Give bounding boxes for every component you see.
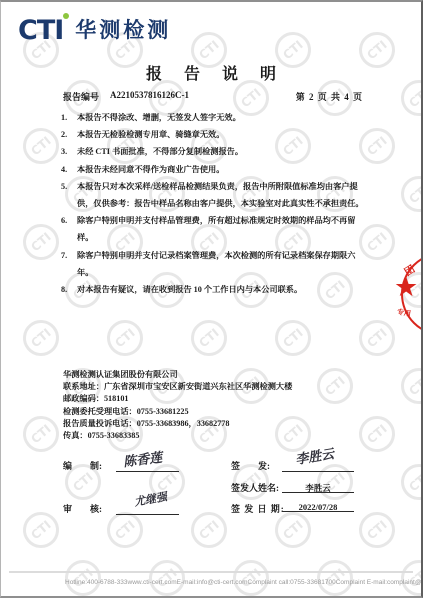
cti-watermark-text: CTI [364, 422, 389, 447]
company-contact-line: 邮政编码：518101 [63, 393, 292, 405]
cti-watermark-icon: CTI [16, 505, 67, 556]
issuer-name-label: 签发人姓名: [231, 481, 279, 494]
cti-watermark-text: CTI [28, 422, 53, 447]
note-text: 本报告不得涂改、增删，无签发人签字无效。 [77, 109, 366, 126]
note-item: 8.对本报告有疑议，请在收到报告 10 个工作日内与本公司联系。 [61, 281, 366, 298]
cti-watermark-icon: CTI [16, 313, 67, 364]
cti-watermark-text: CTI [406, 566, 423, 591]
note-text: 本报告只对本次采样/送检样品检测结果负责，报告中所附限值标准均由客户提供，仅供参… [77, 178, 366, 212]
note-text: 除客户特别申明并支付样品管理费，所有超过标准规定时效期的样品均不再留样。 [77, 212, 366, 246]
red-stamp-bottom-text: 专用 [396, 307, 411, 319]
cti-watermark-icon: CTI [394, 169, 423, 220]
note-number: 5. [61, 178, 77, 212]
company-contact-lines: 联系地址：广东省深圳市宝安区新安街道兴东社区华测检测大楼邮政编码：518101检… [63, 381, 292, 442]
cti-watermark-icon: CTI [184, 505, 235, 556]
cti-watermark-text: CTI [196, 518, 221, 543]
cti-logo-text: CTI [18, 15, 63, 46]
cti-watermark-text: CTI [28, 518, 53, 543]
company-contact-line: 报告质量投诉电话：0755-33683986，33682778 [63, 418, 292, 430]
cti-watermark-text: CTI [154, 566, 179, 591]
note-number: 8. [61, 281, 77, 298]
cti-logo-chinese: 华测检测 [75, 18, 171, 42]
cti-watermark-text: CTI [28, 326, 53, 351]
company-contact-line: 联系地址：广东省深圳市宝安区新安街道兴东社区华测检测大楼 [63, 381, 292, 393]
cti-watermark-text: CTI [406, 86, 423, 111]
cti-watermark-icon: CTI [352, 313, 403, 364]
note-number: 3. [61, 143, 77, 160]
cti-watermark-text: CTI [364, 134, 389, 159]
cti-watermark-icon: CTI [184, 313, 235, 364]
cti-watermark-text: CTI [70, 470, 95, 495]
cti-watermark-icon: CTI [142, 553, 193, 598]
report-page: CTICTICTICTICTICTICTICTICTICTICTICTICTIC… [0, 0, 423, 598]
page-indicator: 第 2 页 共 4 页 [296, 90, 363, 103]
report-no-value: A2210537816126C-1 [110, 90, 189, 103]
prepared-by-label: 编 制: [63, 459, 102, 472]
cti-watermark-text: CTI [196, 326, 221, 351]
note-item: 2.本报告无检验检测专用章、骑缝章无效。 [61, 126, 366, 143]
cti-watermark-text: CTI [364, 38, 389, 63]
footer-item: E-mail:info@cti-cert.com [177, 579, 248, 586]
cti-watermark-icon: CTI [16, 121, 67, 172]
footer-divider [9, 571, 413, 573]
company-contact-line: 传真：0755-33683385 [63, 430, 292, 442]
cti-watermark-icon: CTI [394, 553, 423, 598]
note-number: 7. [61, 247, 77, 281]
cti-watermark-icon: CTI [58, 553, 109, 598]
issuer-name-value: 李胜云 [282, 482, 354, 494]
cti-watermark-icon: CTI [16, 409, 67, 460]
note-text: 未经 CTI 书面批准，不得部分复制检测报告。 [77, 143, 366, 160]
cti-watermark-text: CTI [28, 134, 53, 159]
note-item: 6.除客户特别申明并支付样品管理费，所有超过标准规定时效期的样品均不再留样。 [61, 212, 366, 246]
cti-watermark-text: CTI [70, 566, 95, 591]
cti-watermark-icon: CTI [352, 409, 403, 460]
cti-watermark-icon: CTI [352, 505, 403, 556]
footer-item: Hotline:400-6788-333 [65, 579, 128, 586]
cti-watermark-text: CTI [28, 230, 53, 255]
note-item: 1.本报告不得涂改、增删，无签发人签字无效。 [61, 109, 366, 126]
note-text: 对本报告有疑议，请在收到报告 10 个工作日内与本公司联系。 [77, 281, 366, 298]
company-contact-line: 检测委托受理电话：0755-33681225 [63, 406, 292, 418]
cti-watermark-text: CTI [112, 326, 137, 351]
cti-watermark-text: CTI [406, 374, 423, 399]
cti-logo-green-dot-icon [63, 13, 69, 19]
cti-watermark-text: CTI [196, 38, 221, 63]
report-no-label: 报告编号 [63, 90, 99, 103]
red-stamp-star-icon: ★ [394, 274, 418, 301]
cti-watermark-icon: CTI [394, 361, 423, 412]
report-meta: 报告编号 A2210537816126C-1 第 2 页 共 4 页 [63, 90, 363, 103]
cti-watermark-text: CTI [406, 182, 423, 207]
cti-watermark-text: CTI [280, 326, 305, 351]
note-text: 除客户特别申明并支付记录档案管理费，本次检测的所有记录档案保存期限六年。 [77, 247, 366, 281]
cti-watermark-text: CTI [364, 230, 389, 255]
note-text: 本报告未经同意不得作为商业广告使用。 [77, 161, 366, 178]
footer-item: www.cti-cert.com [128, 579, 177, 586]
note-number: 1. [61, 109, 77, 126]
cti-watermark-text: CTI [280, 518, 305, 543]
issue-date-label: 签 发 日 期: [231, 502, 285, 515]
cti-watermark-text: CTI [238, 566, 263, 591]
cti-watermark-text: CTI [280, 38, 305, 63]
cti-watermark-icon: CTI [226, 553, 277, 598]
note-item: 4.本报告未经同意不得作为商业广告使用。 [61, 161, 366, 178]
note-item: 7.除客户特别申明并支付记录档案管理费，本次检测的所有记录档案保存期限六年。 [61, 247, 366, 281]
page-title: 报 告 说 明 [1, 61, 421, 84]
note-number: 4. [61, 161, 77, 178]
footer-item: Complaint call:0755-33681700 [248, 579, 336, 586]
cti-logo: CTI 华测检测 [18, 14, 171, 44]
cti-watermark-text: CTI [322, 374, 347, 399]
notes-list: 1.本报告不得涂改、增删，无签发人签字无效。2.本报告无检验检测专用章、骑缝章无… [61, 109, 366, 298]
footer: Hotline:400-6788-333www.cti-cert.comE-ma… [65, 579, 412, 586]
note-item: 3.未经 CTI 书面批准，不得部分复制检测报告。 [61, 143, 366, 160]
issued-by-label: 签 发: [231, 459, 270, 472]
footer-item: Complaint E-mail:complaint@cti-cert.com [336, 579, 423, 586]
cti-watermark-text: CTI [406, 470, 423, 495]
cti-watermark-text: CTI [112, 518, 137, 543]
cti-watermark-text: CTI [322, 566, 347, 591]
cti-watermark-icon: CTI [310, 361, 361, 412]
company-info: 华测检测认证集团股份有限公司 联系地址：广东省深圳市宝安区新安街道兴东社区华测检… [63, 369, 292, 442]
cti-watermark-icon: CTI [100, 313, 151, 364]
cti-watermark-text: CTI [364, 518, 389, 543]
cti-watermark-icon: CTI [310, 553, 361, 598]
cti-watermark-icon: CTI [394, 457, 423, 508]
note-number: 2. [61, 126, 77, 143]
note-number: 6. [61, 212, 77, 246]
cti-watermark-text: CTI [364, 326, 389, 351]
note-item: 5.本报告只对本次采样/送检样品检测结果负责，报告中所附限值标准均由客户提供，仅… [61, 178, 366, 212]
reviewed-by-label: 审 核: [63, 502, 102, 515]
note-text: 本报告无检验检测专用章、骑缝章无效。 [77, 126, 366, 143]
cti-watermark-icon: CTI [16, 217, 67, 268]
cti-watermark-icon: CTI [268, 313, 319, 364]
company-name: 华测检测认证集团股份有限公司 [63, 369, 292, 381]
issue-date-value: 2022/07/28 [282, 502, 354, 512]
